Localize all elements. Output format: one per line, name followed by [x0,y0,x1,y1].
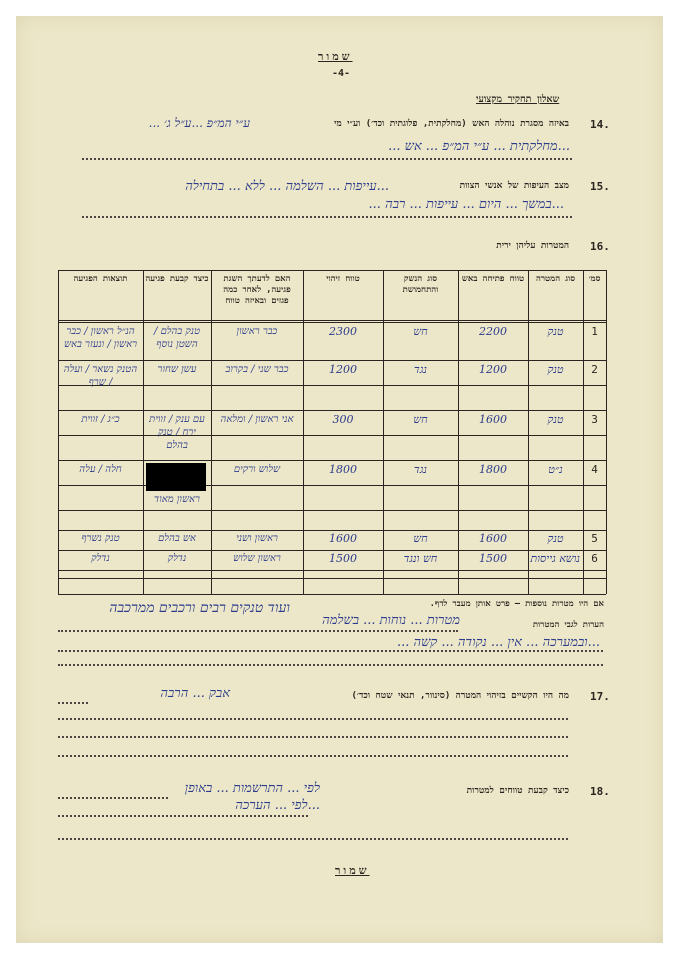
q17-dotted-line-0 [58,702,88,704]
table-cell-weapon: חש [386,413,455,426]
table-column-divider [58,270,59,594]
redaction-block [146,463,206,491]
q17-dotted-line-3 [58,755,568,757]
table-cell-target: נושא גייסות [531,552,580,565]
table-cell-result: נדלק [61,552,140,565]
table-column-divider [383,270,384,594]
q18-number: 18. [590,785,610,798]
q17-dotted-line-1 [58,718,568,720]
table-cell-weapon: נגד [386,463,455,476]
table-cell-id-range: 1800 [306,463,380,476]
q18-answer-1[interactable]: לפי ... התרשמות ... באופן [170,780,320,796]
table-cell-target: טנק [531,325,580,338]
table-cell-weapon: חש [386,325,455,338]
table-cell-id-range: 1500 [306,552,380,565]
remarks-answer-1[interactable]: מטרות ... נוחות ... בשלמה [200,612,460,628]
table-column-divider [303,270,304,594]
table-cell-open-range: 1500 [461,552,525,565]
table-row-divider [58,550,606,551]
q15-label: מצב העיפות של אנשי הצוות [460,180,569,191]
table-row-divider [58,594,606,595]
table-row-divider [58,460,606,461]
table-cell-no: 4 [586,463,603,476]
table-row-divider [58,320,606,321]
table-cell-no: 1 [586,325,603,338]
classification-bottom: שמור [335,864,370,877]
q17-label: מה היו הקשיים בזיהוי המטרה (סינוור, תנאי… [352,690,569,701]
table-cell-open-range: 1600 [461,532,525,545]
table-column-divider [211,270,212,594]
table-column-divider [606,270,607,594]
table-column-divider [458,270,459,594]
table-cell-hit: כבר שני / בקרוב [214,363,300,376]
table-header-cell: תוצאות הפגיעה [60,274,141,285]
table-header-cell: טווח פתיחה באש [460,274,526,285]
section-title: שאלון תחקיר מקצועי [476,94,559,105]
q18-dotted-line-1 [58,815,308,817]
table-cell-open-range: 1800 [461,463,525,476]
table-column-divider [583,270,584,594]
table-cell-no: 2 [586,363,603,376]
table-cell-target: טנק [531,363,580,376]
table-cell-open-range: 1600 [461,413,525,426]
table-cell-how-determined: נדלק [146,552,208,565]
table-cell-how-determined: עשן שחור [146,363,208,376]
q15-dotted-line-1 [82,216,572,218]
table-cell-result: כ״ג / זווית [61,413,140,426]
q18-answer-2[interactable]: ...לפי ... הערכה [100,797,320,813]
table-row-divider [58,410,606,411]
table-cell-result: חלה / עלה [61,463,140,476]
table-row-divider [58,435,606,436]
table-cell-target: טנק [531,532,580,545]
table-cell-id-range: 2300 [306,325,380,338]
table-cell-result: טנק נשרף [61,532,140,545]
table-cell-hit: שלוש ורקים [214,463,300,476]
table-column-divider [528,270,529,594]
table-cell-no: 5 [586,532,603,545]
q16-label: המטרות עליהן ירית [496,240,569,251]
table-cell-no: 3 [586,413,603,426]
table-cell-result: הנ״ל ראשון / כבר ראשון / ונעזר באש [61,325,140,351]
remarks-answer-2[interactable]: ...ובמערכה ... אין ... נקודה ... קשה ... [220,634,600,650]
q15-answer-2[interactable]: ...במשך ... היום ... עייפות ... רבה ... [84,196,564,212]
remarks-label: הערות לגבי המטרות [533,619,604,630]
table-cell-target: נ״ט [531,463,580,476]
table-cell-hit: ראשון שלוש [214,552,300,565]
q14-label: באיזה מסגרת נוהלה האש (מחלקתית, פלוגתית … [334,118,569,129]
table-row-divider [58,385,606,386]
table-row-divider [58,360,606,361]
q15-number: 15. [590,180,610,193]
table-header-cell: סוג המטרה [530,274,581,285]
q17-number: 17. [590,690,610,703]
table-cell-how-determined: אש בהלם [146,532,208,545]
table-row-divider [58,485,606,486]
remarks-dotted-line-1 [58,630,458,632]
table-cell-no: 6 [586,552,603,565]
q14-answer-1[interactable]: ע״י המ״פ ...ע״ל ג׳ ... [90,116,250,131]
table-row-divider [58,578,606,579]
table-column-divider [143,270,144,594]
table-cell-id-range: 1200 [306,363,380,376]
table-row-divider [58,570,606,571]
table-row-divider [58,510,606,511]
table-row-divider [58,530,606,531]
table-cell-text: ראשון מאוד [146,493,208,506]
table-cell-open-range: 2200 [461,325,525,338]
table-cell-weapon: חש ונגד [386,552,455,565]
table-cell-hit: כבר ראשון [214,325,300,338]
remarks-dotted-line-2 [58,650,603,652]
table-cell-hit: אני ראשון / ומלאה [214,413,300,426]
classification-top: שמור [318,50,353,63]
table-cell-open-range: 1200 [461,363,525,376]
table-header-cell: כיצד קבעת פגיעה [145,274,209,285]
table-cell-hit: ראשון ושני [214,532,300,545]
q14-answer-2[interactable]: ...מחלקתית ... ע״י המ״פ ... אש ... [240,138,570,154]
table-cell-id-range: 1600 [306,532,380,545]
q14-number: 14. [590,118,610,131]
table-header-cell: האם לדעתך השגת פגיעה, לאחר כמה פגזים ובא… [213,274,301,307]
table-header-cell: טווח זיהוי [305,274,381,285]
q14-dotted-line-1 [82,158,572,160]
q18-label: כיצד קבעת טווחים למטרות [467,785,569,796]
q17-dotted-line-2 [58,736,568,738]
table-header-cell: סוג הנשק והתחמושת [385,274,456,296]
table-cell-target: טנק [531,413,580,426]
table-row-divider [58,322,606,323]
table-cell-result: הטנק נשאר / ועלה / שרף [61,363,140,389]
table-header-cell: סמ׳ [585,274,604,285]
table-cell-weapon: חש [386,532,455,545]
table-cell-how-determined: טנק בהלם / השטן נוסף [146,325,208,351]
page-marker: -4- [332,68,350,79]
q16-number: 16. [590,240,610,253]
q18-dotted-line-2 [58,838,568,840]
table-row-divider [58,270,606,271]
targets-table: סמ׳סוג המטרהטווח פתיחה באשסוג הנשק והתחמ… [58,270,606,594]
remarks-dotted-line-3 [58,664,603,666]
q15-answer-1[interactable]: ...עייפות ... השלמה ... ללא ... בתחילה [84,178,389,194]
table-cell-id-range: 300 [306,413,380,426]
q17-answer[interactable]: אבק ... הרבה [80,685,230,701]
table-cell-how-determined: עם ענק / זווית ירח / טנק בהלם [146,413,208,452]
table-cell-weapon: נגד [386,363,455,376]
extra-targets-note: אם היו מטרות נוספות – פרט אותן מעבר לדף. [430,598,604,609]
